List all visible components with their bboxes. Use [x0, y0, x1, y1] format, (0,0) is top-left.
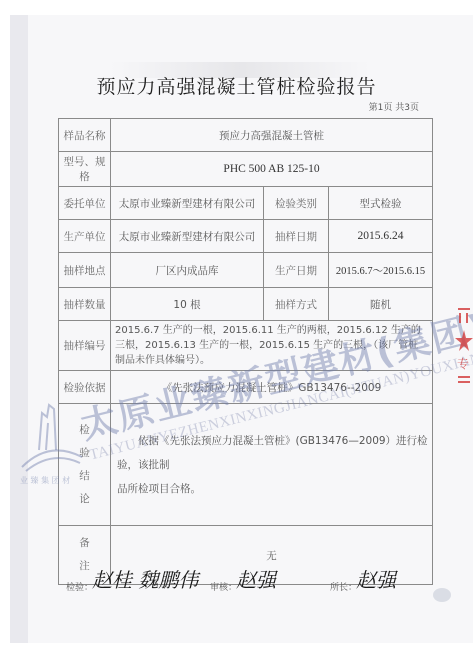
value-manufacturer: 太原市业臻新型建材有限公司: [111, 220, 264, 253]
page-edge-shadow: [10, 15, 28, 643]
label-sampling-date: 抽样日期: [264, 220, 329, 253]
label-client: 委托单位: [59, 187, 111, 220]
row-manufacturer: 生产单位 太原市业臻新型建材有限公司 抽样日期 2015.6.24: [59, 220, 433, 253]
value-sampling-place: 厂区内成品库: [111, 253, 264, 288]
value-sampling-method: 随机: [329, 288, 433, 321]
inspection-table: 样品名称 预应力高强混凝土管桩 型号、规格 PHC 500 AB 125-10 …: [58, 118, 433, 585]
row-sampling-place: 抽样地点 厂区内成品库 生产日期 2015.6.7～2015.6.15: [59, 253, 433, 288]
value-sample-qty: 10 根: [111, 288, 264, 321]
conclusion-line-1: 依据《先张法预应力混凝土管桩》(GB13476—2009）进行检验，该批制: [117, 429, 428, 477]
reviewer-label: 审核：: [210, 580, 237, 593]
reviewer-signature: 赵强: [236, 564, 276, 593]
conclusion-line-2: 品所检项目合格。: [117, 477, 428, 501]
value-inspection-type: 型式检验: [329, 187, 433, 220]
label-sampling-method: 抽样方式: [264, 288, 329, 321]
label-model-spec: 型号、规格: [59, 152, 111, 187]
label-manufacturer: 生产单位: [59, 220, 111, 253]
director-label: 所长：: [330, 580, 357, 593]
director-signature: 赵强: [356, 564, 396, 593]
label-inspection-type: 检验类别: [264, 187, 329, 220]
label-sampling-place: 抽样地点: [59, 253, 111, 288]
row-conclusion: 检 验 结 论 依据《先张法预应力混凝土管桩》(GB13476—2009）进行检…: [59, 404, 433, 526]
label-sample-qty: 抽样数量: [59, 288, 111, 321]
value-basis: 《先张法预应力混凝土管桩》GB13476--2009: [111, 371, 433, 404]
inspector-signature: 赵桂 魏鹏伟: [92, 564, 198, 593]
label-char: 结: [62, 465, 107, 488]
row-sample-ids: 抽样编号 2015.6.7 生产的一根，2015.6.11 生产的两根，2015…: [59, 321, 433, 371]
row-model-spec: 型号、规格 PHC 500 AB 125-10: [59, 152, 433, 187]
label-sample-ids: 抽样编号: [59, 321, 111, 371]
label-char: 论: [62, 488, 107, 511]
inspector-label: 检验：: [66, 580, 93, 593]
row-sample-name: 样品名称 预应力高强混凝土管桩: [59, 119, 433, 152]
label-char: 验: [62, 442, 107, 465]
row-sample-qty: 抽样数量 10 根 抽样方式 随机: [59, 288, 433, 321]
value-conclusion: 依据《先张法预应力混凝土管桩》(GB13476—2009）进行检验，该批制 品所…: [111, 404, 433, 526]
signature-area: 检验： 赵桂 魏鹏伟 审核： 赵强 所长： 赵强: [0, 572, 473, 612]
row-client: 委托单位 太原市业臻新型建材有限公司 检验类别 型式检验: [59, 187, 433, 220]
page-indicator: 第1页 共3页: [369, 100, 419, 113]
label-char: 备: [62, 532, 107, 555]
value-sample-name: 预应力高强混凝土管桩: [111, 119, 433, 152]
value-model-spec: PHC 500 AB 125-10: [111, 152, 433, 187]
row-basis: 检验依据 《先张法预应力混凝土管桩》GB13476--2009: [59, 371, 433, 404]
label-basis: 检验依据: [59, 371, 111, 404]
label-conclusion: 检 验 结 论: [59, 404, 111, 526]
label-char: 检: [62, 419, 107, 442]
value-sampling-date: 2015.6.24: [329, 220, 433, 253]
scan-smudge: [433, 588, 451, 602]
value-sample-ids: 2015.6.7 生产的一根，2015.6.11 生产的两根，2015.6.12…: [111, 321, 433, 371]
report-title: 预应力高强混凝土管桩检验报告: [0, 72, 473, 99]
label-sample-name: 样品名称: [59, 119, 111, 152]
value-production-date: 2015.6.7～2015.6.15: [329, 253, 433, 288]
label-production-date: 生产日期: [264, 253, 329, 288]
value-client: 太原市业臻新型建材有限公司: [111, 187, 264, 220]
